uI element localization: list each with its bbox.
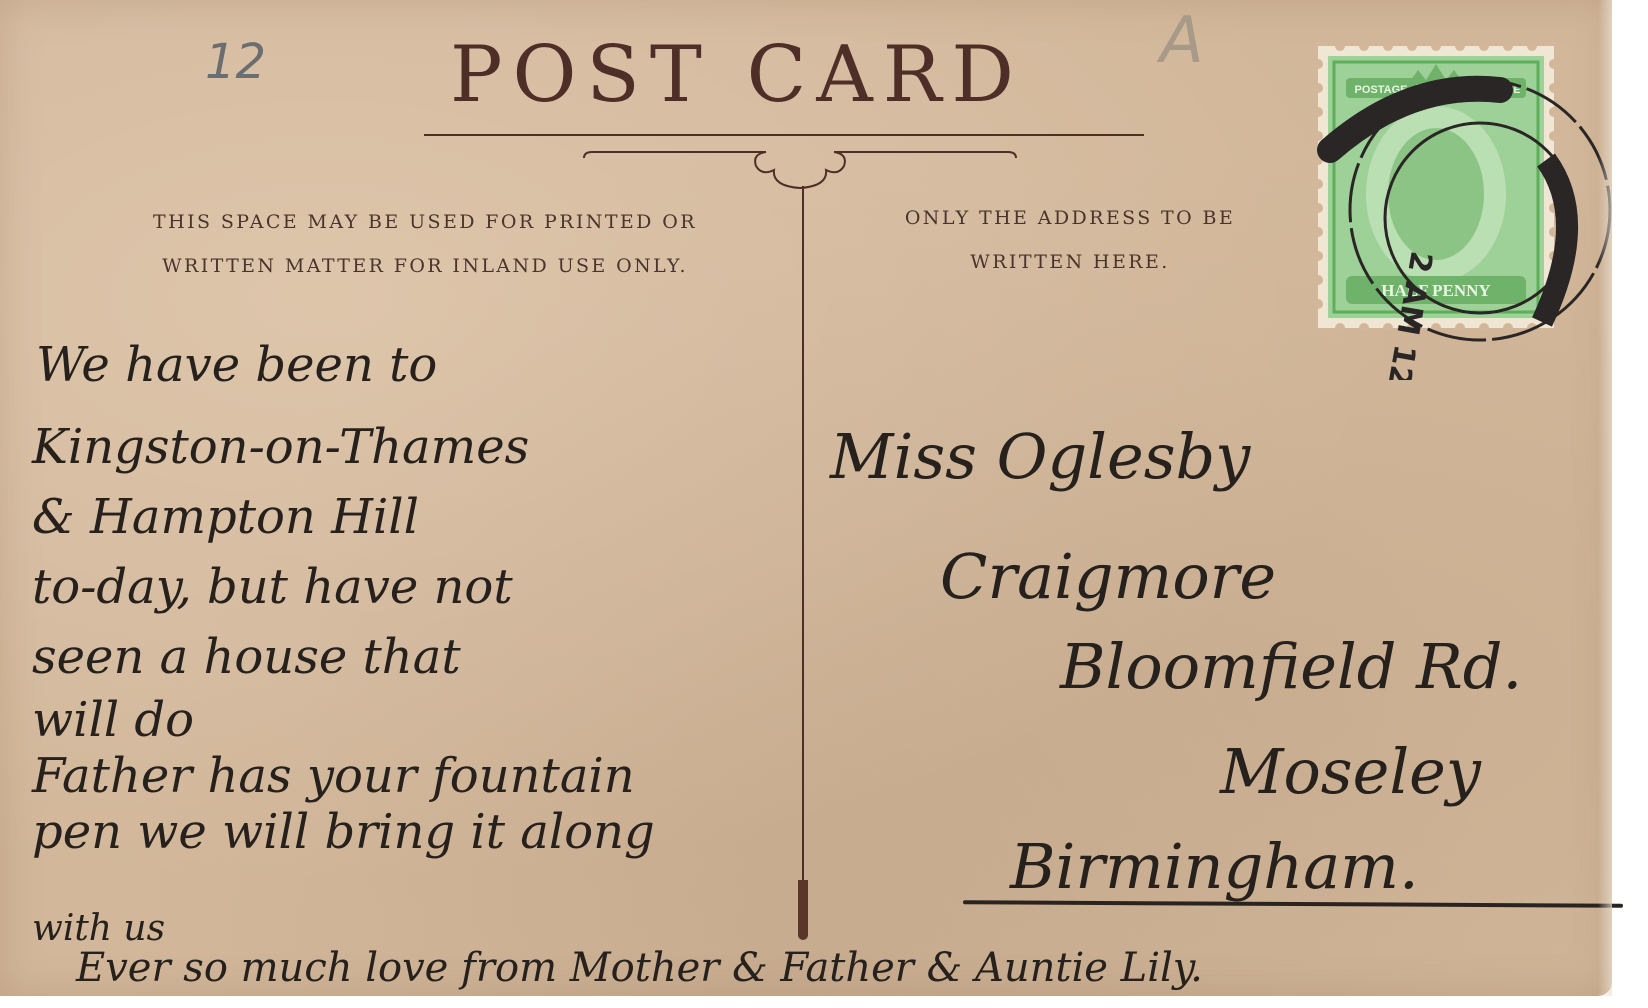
address-street: Bloomfield Rd.	[1060, 630, 1522, 703]
title-rule	[424, 134, 1144, 136]
instruction-line: WRITTEN HERE.	[860, 240, 1280, 284]
message-line: pen we will bring it along	[32, 804, 655, 860]
address-name: Miss Oglesby	[830, 420, 1250, 493]
message-line: with us	[32, 908, 165, 949]
message-signoff: Ever so much love from Mother & Father &…	[76, 945, 1203, 991]
message-line: Father has your fountain	[32, 748, 655, 804]
address-underline	[963, 900, 1623, 907]
postmark-cancellation-icon: 2 AM 12 JA 11	[1300, 60, 1640, 380]
instruction-line: THIS SPACE MAY BE USED FOR PRINTED OR	[100, 200, 750, 244]
ink-drip	[798, 880, 808, 940]
address-area-instruction: ONLY THE ADDRESS TO BE WRITTEN HERE.	[860, 196, 1280, 284]
message-area-instruction: THIS SPACE MAY BE USED FOR PRINTED OR WR…	[100, 200, 750, 288]
svg-text:2 AM 12 JA 11: 2 AM 12 JA 11	[1364, 249, 1439, 380]
postcard-title: POST CARD	[450, 36, 1024, 114]
pencil-number-mark: 12	[205, 34, 266, 90]
address-house: Craigmore	[940, 540, 1276, 613]
pencil-letter-mark: A	[1160, 4, 1204, 78]
instruction-line: ONLY THE ADDRESS TO BE	[860, 196, 1280, 240]
address-city: Birmingham.	[1010, 830, 1419, 903]
handwritten-message: We have been to Kingston-on-Thames & Ham…	[32, 330, 655, 860]
message-line: & Hampton Hill	[32, 482, 655, 552]
message-line: We have been to	[36, 330, 655, 400]
message-line: to-day, but have not	[32, 552, 655, 622]
scroll-ornament-icon	[580, 146, 1020, 192]
message-line: will do	[32, 692, 655, 748]
message-line: Kingston-on-Thames	[32, 412, 655, 482]
center-divider	[802, 186, 804, 926]
message-line: seen a house that	[32, 622, 655, 692]
address-district: Moseley	[1220, 735, 1481, 808]
instruction-line: WRITTEN MATTER FOR INLAND USE ONLY.	[100, 244, 750, 288]
postcard-back: 12 A POST CARD THIS SPACE MAY BE USED FO…	[0, 0, 1612, 996]
